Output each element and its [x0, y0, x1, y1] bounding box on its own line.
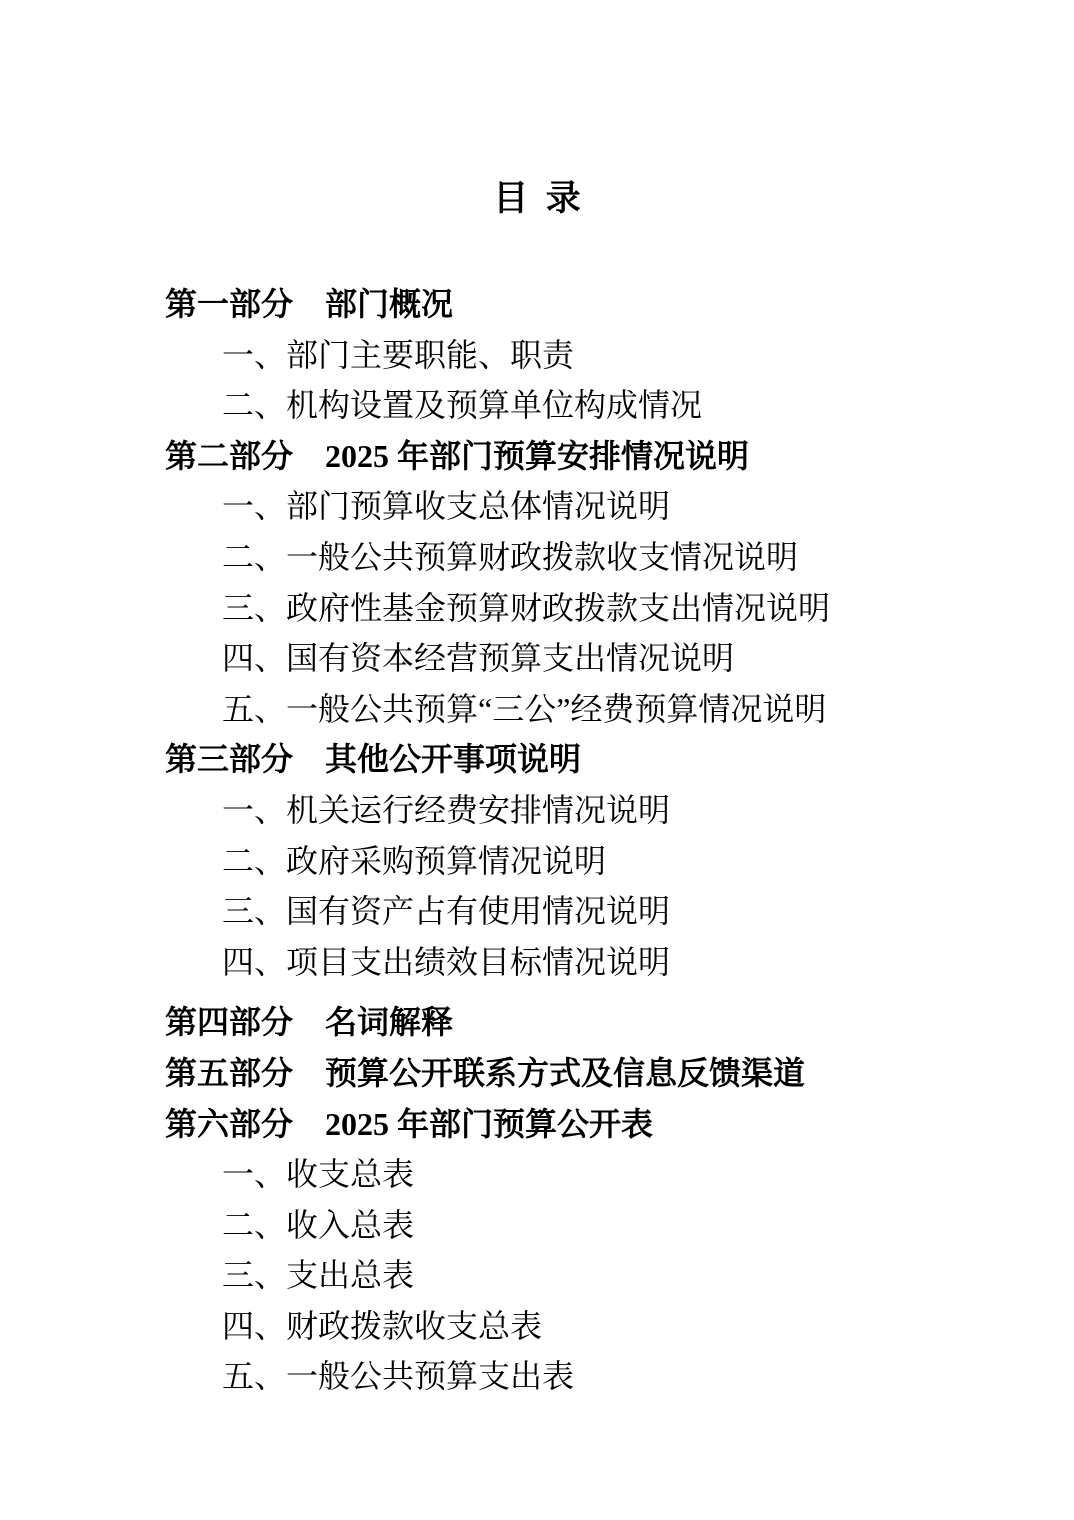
- toc-item: 四、财政拨款收支总表: [165, 1301, 1014, 1352]
- table-of-contents: 第一部分 部门概况 一、部门主要职能、职责 二、机构设置及预算单位构成情况 第二…: [165, 279, 1014, 1402]
- toc-item: 二、收入总表: [165, 1200, 1014, 1251]
- toc-item: 三、国有资产占有使用情况说明: [165, 886, 1014, 937]
- toc-item: 一、部门主要职能、职责: [165, 330, 1014, 381]
- document-page: 目 录 第一部分 部门概况 一、部门主要职能、职责 二、机构设置及预算单位构成情…: [0, 0, 1074, 1520]
- toc-section: 第一部分 部门概况: [165, 279, 1014, 330]
- toc-item: 二、一般公共预算财政拨款收支情况说明: [165, 532, 1014, 583]
- toc-section: 第六部分 2025 年部门预算公开表: [165, 1099, 1014, 1150]
- toc-section: 第三部分 其他公开事项说明: [165, 734, 1014, 785]
- toc-item: 四、项目支出绩效目标情况说明: [165, 937, 1014, 988]
- toc-section: 第四部分 名词解释: [165, 997, 1014, 1048]
- toc-item: 一、收支总表: [165, 1149, 1014, 1200]
- page-title: 目 录: [0, 171, 1074, 221]
- toc-item: 一、机关运行经费安排情况说明: [165, 785, 1014, 836]
- toc-item: 二、机构设置及预算单位构成情况: [165, 380, 1014, 431]
- toc-item: 五、一般公共预算支出表: [165, 1351, 1014, 1402]
- toc-item: 五、一般公共预算“三公”经费预算情况说明: [165, 684, 1014, 735]
- toc-item: 四、国有资本经营预算支出情况说明: [165, 633, 1014, 684]
- toc-item: 二、政府采购预算情况说明: [165, 836, 1014, 887]
- toc-item: 三、政府性基金预算财政拨款支出情况说明: [165, 583, 1014, 634]
- toc-section: 第五部分 预算公开联系方式及信息反馈渠道: [165, 1048, 1014, 1099]
- toc-item: 三、支出总表: [165, 1250, 1014, 1301]
- toc-item: 一、部门预算收支总体情况说明: [165, 481, 1014, 532]
- toc-section: 第二部分 2025 年部门预算安排情况说明: [165, 431, 1014, 482]
